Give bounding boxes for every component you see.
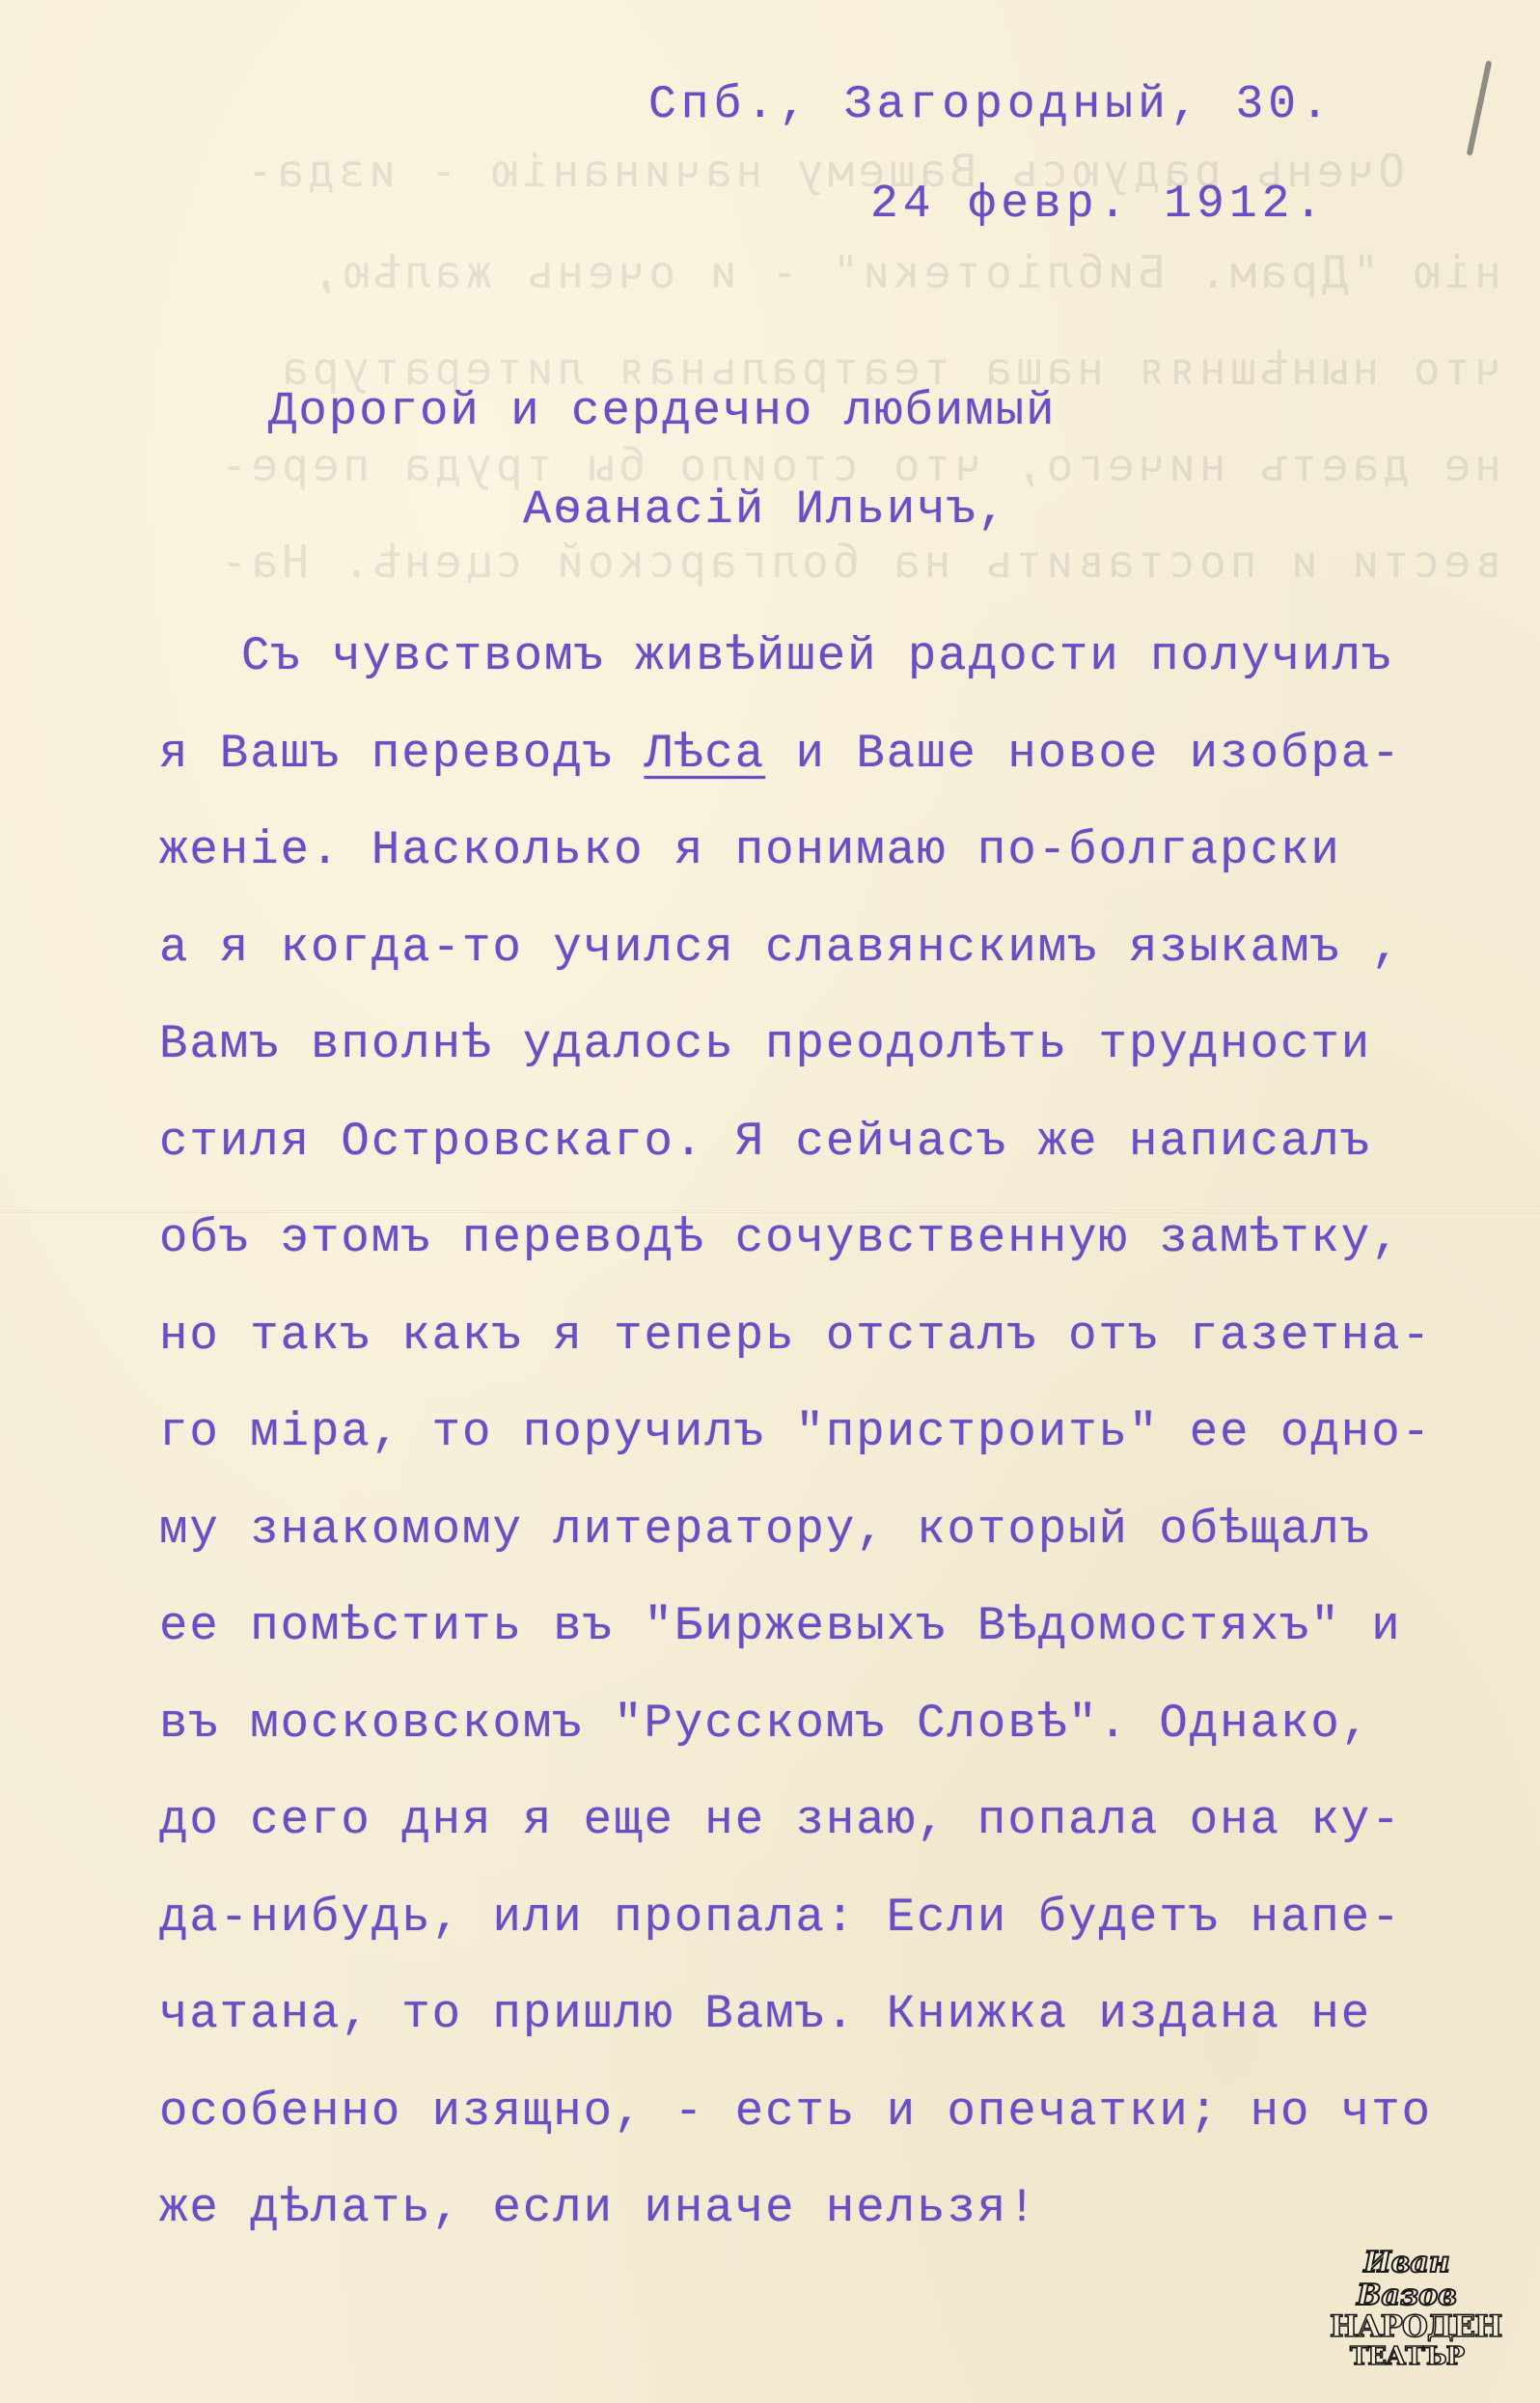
body-text: стиля Островскаго. Я сейчасъ же написалъ: [159, 1115, 1371, 1169]
body-text: я Вашъ переводъ: [159, 727, 644, 781]
letter-address: Спб., Загородный, 30.: [648, 79, 1334, 131]
salutation-line-2: Аѳанасій Ильичъ,: [523, 483, 1007, 537]
body-line: объ этомъ переводѣ сочувственную замѣтку…: [159, 1211, 1402, 1265]
logo-word-2: ТЕАТЪР: [1330, 2344, 1484, 2369]
body-line: же дѣлать, если иначе нельзя!: [159, 2181, 1038, 2235]
body-line: но такъ какъ я теперь отсталъ отъ газетн…: [159, 1309, 1432, 1363]
body-text: да-нибудь, или пропала: Если будетъ напе…: [159, 1891, 1402, 1945]
body-text: Вамъ вполнѣ удалось преодолѣть трудности: [159, 1017, 1371, 1071]
salutation-line-1: Дорогой и сердечно любимый: [268, 384, 1057, 438]
logo-word-1: НАРОДЕН: [1330, 2312, 1484, 2342]
national-theatre-logo: Иван Вазов НАРОДЕН ТЕАТЪР: [1330, 2247, 1484, 2369]
body-line: я Вашъ переводъ Лѣса и Ваше новое изобра…: [159, 727, 1402, 781]
body-line: въ московскомъ "Русскомъ Словѣ". Однако,: [159, 1697, 1371, 1751]
logo-script: Иван Вазов: [1330, 2247, 1484, 2312]
body-line: му знакомому литератору, который обѣщалъ: [159, 1503, 1371, 1557]
body-line: ее помѣстить въ "Биржевыхъ Вѣдомостяхъ" …: [159, 1599, 1402, 1653]
letter-paper: [0, 0, 1540, 2403]
body-text: особенно изящно, - есть и опечатки; но ч…: [159, 2085, 1432, 2139]
body-line: Съ чувствомъ живѣйшей радости получилъ: [241, 629, 1392, 683]
body-text: объ этомъ переводѣ сочувственную замѣтку…: [159, 1211, 1402, 1265]
body-text: чатана, то пришлю Вамъ. Книжка издана не: [159, 1987, 1371, 2041]
body-text: а я когда-то учился славянскимъ языкамъ …: [159, 921, 1402, 975]
body-text: му знакомому литератору, который обѣщалъ: [159, 1503, 1371, 1557]
body-text: ее помѣстить въ "Биржевыхъ Вѣдомостяхъ" …: [159, 1599, 1402, 1653]
body-text: женіе. Насколько я понимаю по-болгарски: [159, 823, 1341, 877]
body-text: до сего дня я еще не знаю, попала она ку…: [159, 1793, 1402, 1847]
body-line: до сего дня я еще не знаю, попала она ку…: [159, 1793, 1402, 1847]
body-line: Вамъ вполнѣ удалось преодолѣть трудности: [159, 1017, 1371, 1071]
body-text: въ московскомъ "Русскомъ Словѣ". Однако,: [159, 1697, 1371, 1751]
body-line: чатана, то пришлю Вамъ. Книжка издана не: [159, 1987, 1371, 2041]
body-text: и Ваше новое изобра-: [765, 727, 1402, 781]
body-text: го міра, то поручилъ "пристроить" ее одн…: [159, 1405, 1432, 1459]
body-text: же дѣлать, если иначе нельзя!: [159, 2181, 1038, 2235]
body-line: а я когда-то учился славянскимъ языкамъ …: [159, 921, 1402, 975]
body-line: да-нибудь, или пропала: Если будетъ напе…: [159, 1891, 1402, 1945]
body-line: го міра, то поручилъ "пристроить" ее одн…: [159, 1405, 1432, 1459]
body-text: но такъ какъ я теперь отсталъ отъ газетн…: [159, 1309, 1432, 1363]
body-line: женіе. Насколько я понимаю по-болгарски: [159, 823, 1341, 877]
letter-date: 24 февр. 1912.: [870, 179, 1327, 231]
body-line: стиля Островскаго. Я сейчасъ же написалъ: [159, 1115, 1371, 1169]
body-text: Съ чувствомъ живѣйшей радости получилъ: [241, 629, 1392, 683]
underlined-title: Лѣса: [644, 727, 765, 781]
body-line: особенно изящно, - есть и опечатки; но ч…: [159, 2085, 1432, 2139]
